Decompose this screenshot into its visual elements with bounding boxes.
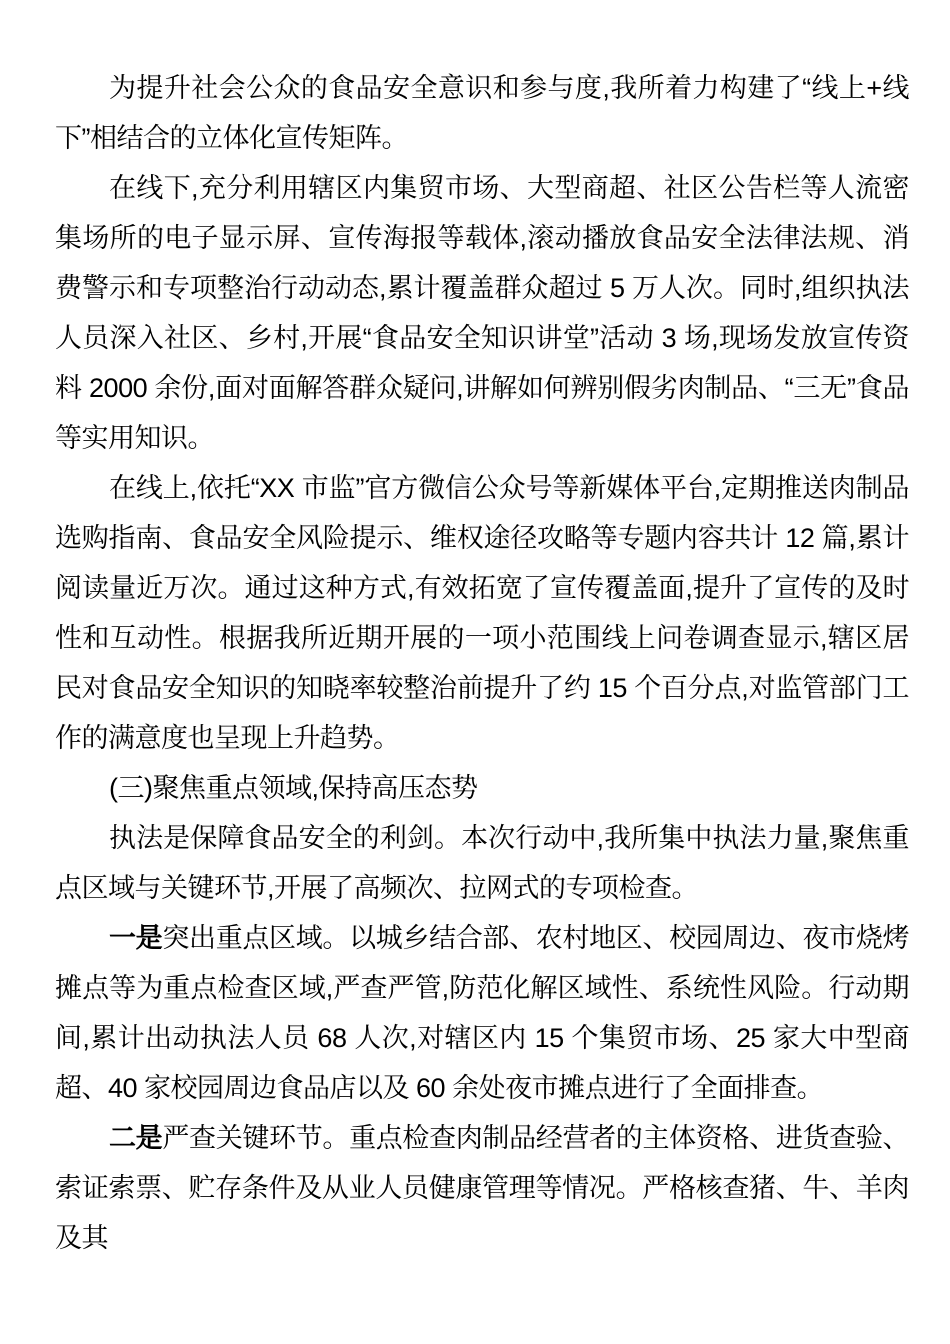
bold-run: 一是 — [109, 923, 162, 953]
paragraph: 二是严查关键环节。重点检查肉制品经营者的主体资格、进货查验、索证索票、贮存条件及… — [55, 1113, 909, 1263]
paragraph: 为提升社会公众的食品安全意识和参与度,我所着力构建了“线上+线下”相结合的立体化… — [55, 63, 909, 163]
text-run: 在线下,充分利用辖区内集贸市场、大型商超、社区公告栏等人流密集场所的电子显示屏、… — [55, 173, 909, 453]
paragraph: 一是突出重点区域。以城乡结合部、农村地区、校园周边、夜市烧烤摊点等为重点检查区域… — [55, 913, 909, 1113]
paragraph: 在线下,充分利用辖区内集贸市场、大型商超、社区公告栏等人流密集场所的电子显示屏、… — [55, 163, 909, 463]
text-run: 为提升社会公众的食品安全意识和参与度,我所着力构建了“线上+线下”相结合的立体化… — [55, 73, 909, 153]
text-run: 严查关键环节。重点检查肉制品经营者的主体资格、进货查验、索证索票、贮存条件及从业… — [55, 1123, 909, 1253]
document-page: 为提升社会公众的食品安全意识和参与度,我所着力构建了“线上+线下”相结合的立体化… — [0, 0, 950, 1344]
paragraph: 在线上,依托“XX 市监”官方微信公众号等新媒体平台,定期推送肉制品选购指南、食… — [55, 463, 909, 763]
document-body: 为提升社会公众的食品安全意识和参与度,我所着力构建了“线上+线下”相结合的立体化… — [0, 0, 950, 1263]
paragraph: 执法是保障食品安全的利剑。本次行动中,我所集中执法力量,聚焦重点区域与关键环节,… — [55, 813, 909, 913]
text-run: 突出重点区域。以城乡结合部、农村地区、校园周边、夜市烧烤摊点等为重点检查区域,严… — [55, 923, 909, 1103]
text-run: (三)聚焦重点领域,保持高压态势 — [109, 773, 477, 803]
bold-run: 二是 — [109, 1123, 162, 1153]
text-run: 执法是保障食品安全的利剑。本次行动中,我所集中执法力量,聚焦重点区域与关键环节,… — [55, 823, 909, 903]
text-run: 在线上,依托“XX 市监”官方微信公众号等新媒体平台,定期推送肉制品选购指南、食… — [55, 473, 909, 753]
paragraph: (三)聚焦重点领域,保持高压态势 — [55, 763, 909, 813]
